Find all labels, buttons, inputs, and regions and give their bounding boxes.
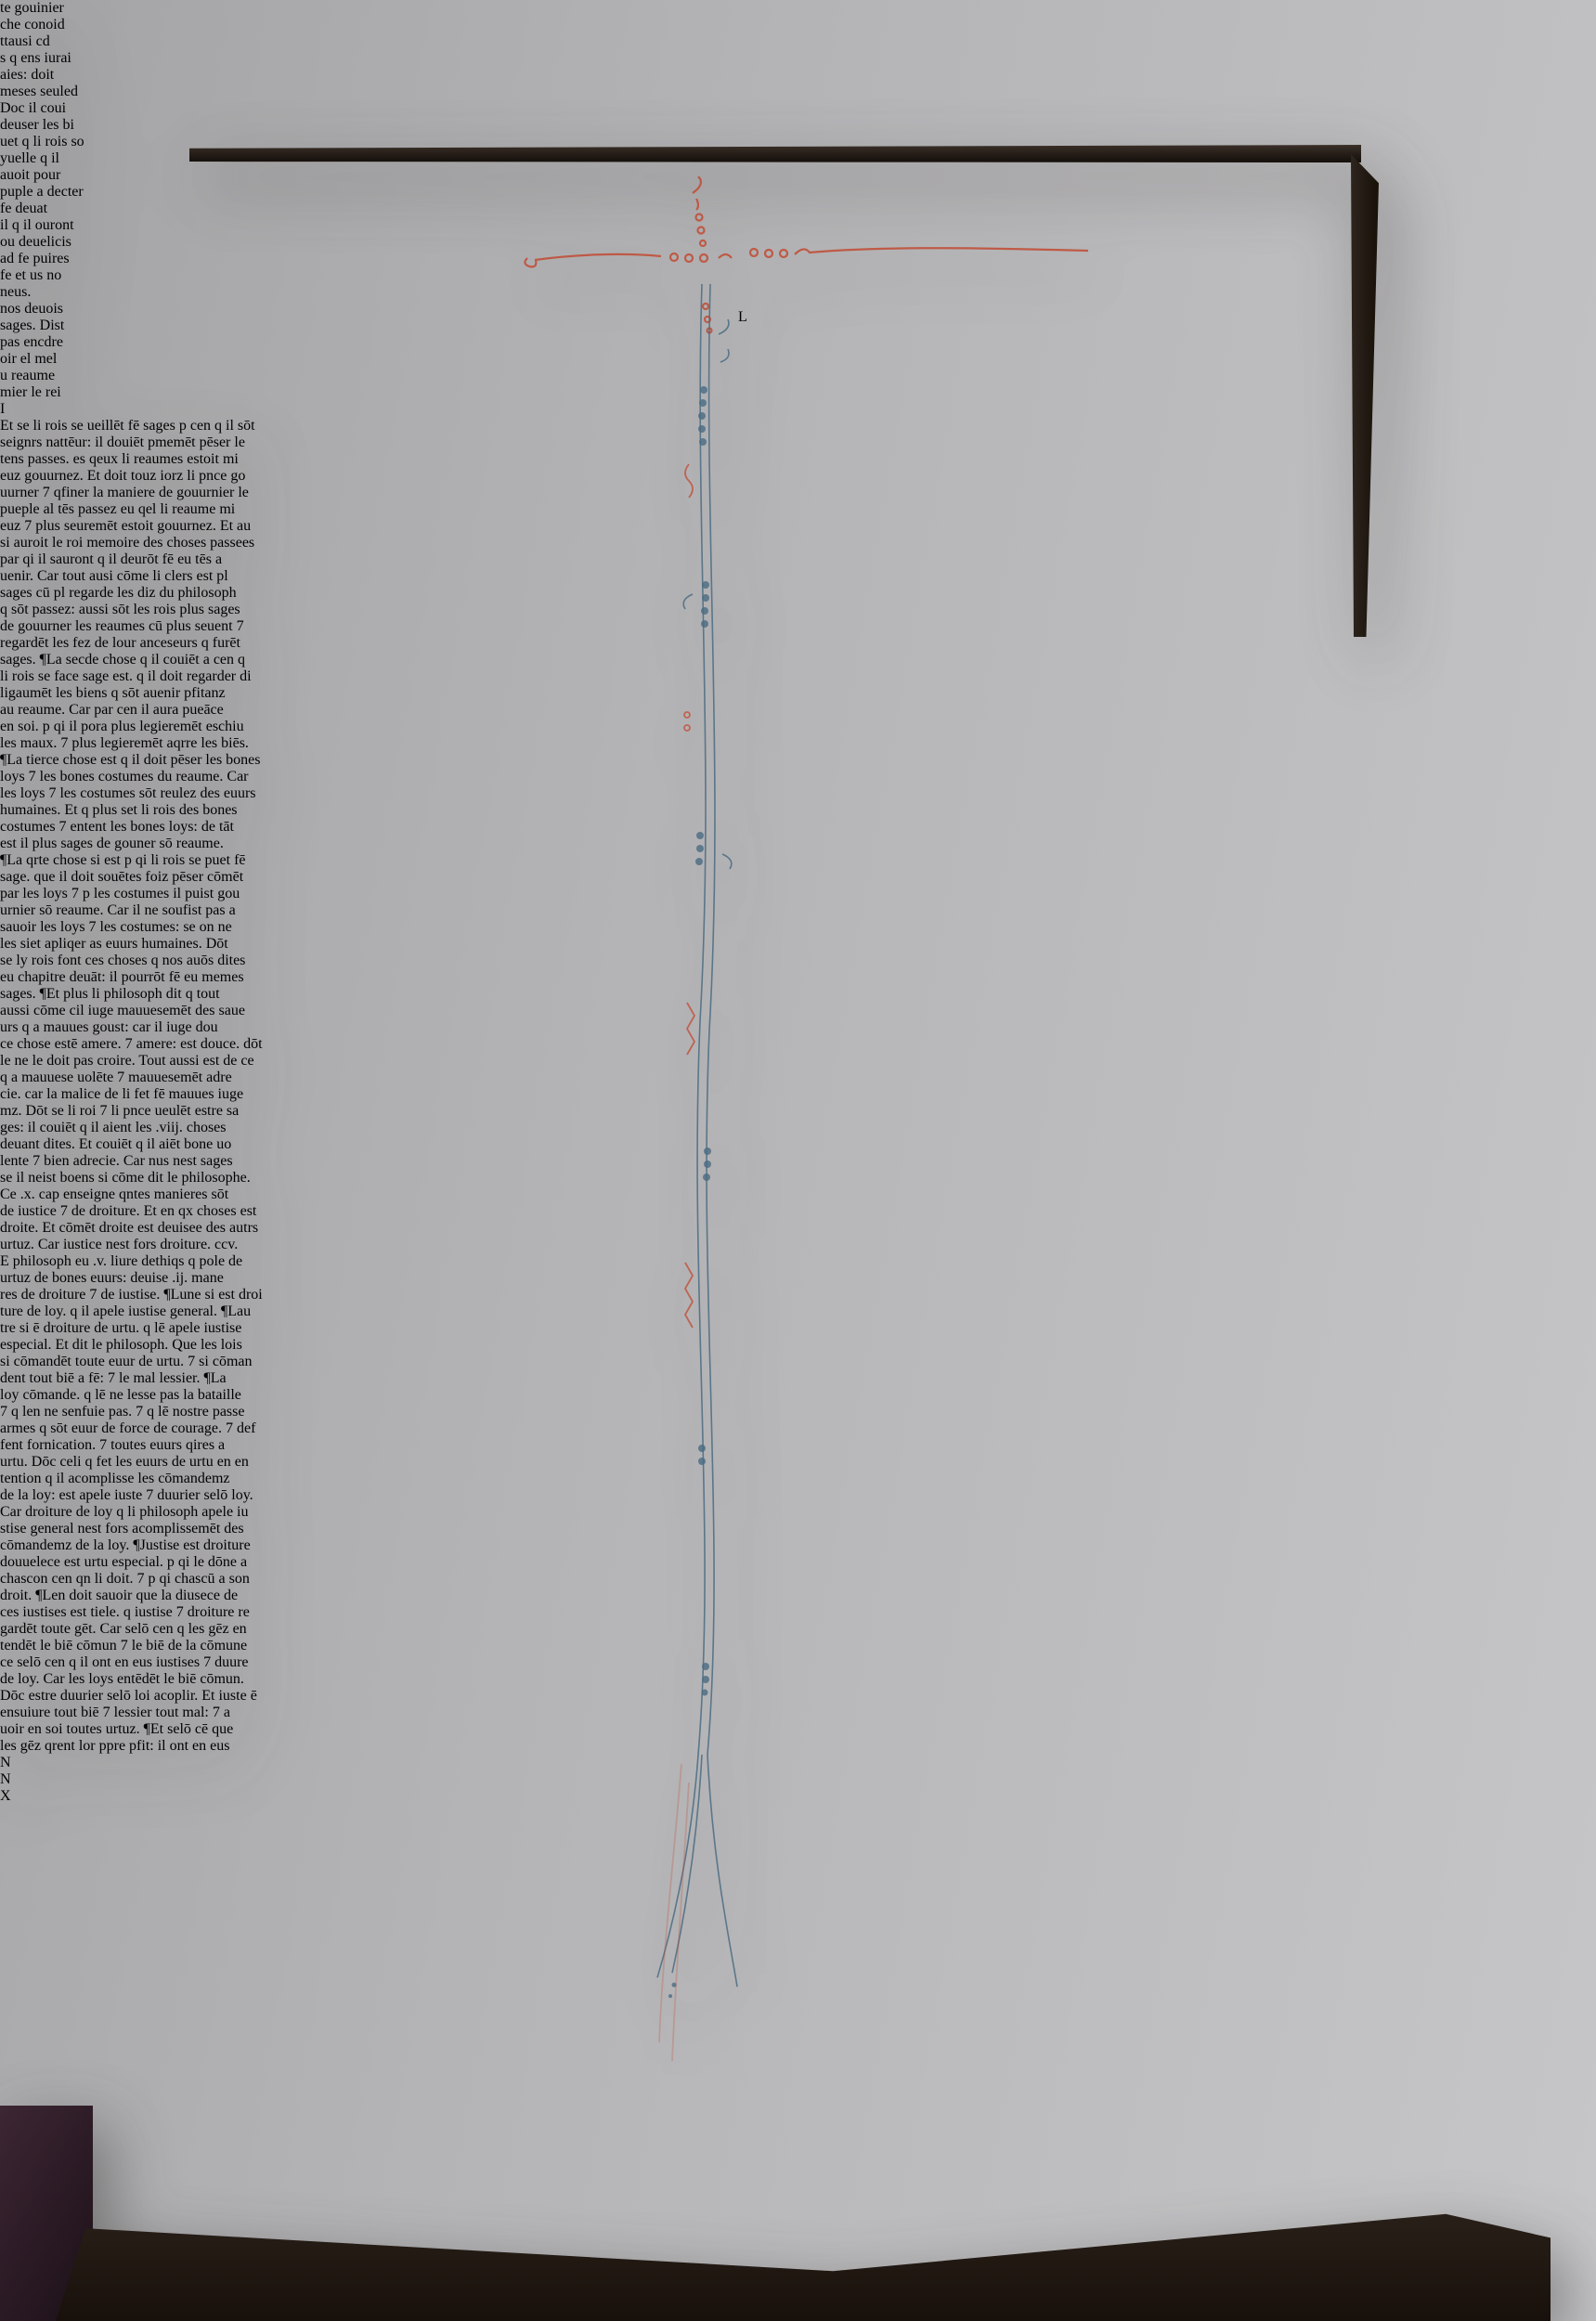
text-line: ce selō cen q il ont en eus iustises 7 d… bbox=[0, 1654, 1596, 1671]
text-line: urtu. Dōc celi q fet les euurs de urtu e… bbox=[0, 1454, 1596, 1471]
fragment-line: meses seuled bbox=[0, 84, 1596, 100]
text-line: si cōmandēt toute euur de urtu. 7 si cōm… bbox=[0, 1354, 1596, 1370]
manuscript-book: te gouinierche conoidttausi cds q ens iu… bbox=[0, 0, 1596, 2321]
text-line: especial. Et dit le philosoph. Que les l… bbox=[0, 1337, 1596, 1354]
text-line: les loys 7 les costumes sōt reulez des e… bbox=[0, 785, 1596, 802]
red-chapter-numeral: X bbox=[0, 1788, 1596, 1805]
decorated-initial: L bbox=[738, 309, 1152, 326]
paraph-mark: ¶ bbox=[133, 1537, 139, 1553]
text-line: ¶La tierce chose est q il doit pēser les… bbox=[0, 752, 1596, 769]
text-line: les siet apliqer as euurs humaines. Dōt bbox=[0, 936, 1596, 953]
fragment-line: Doc il coui bbox=[0, 100, 1596, 117]
text-line: tre si ē droiture de urtu. q lē apele iu… bbox=[0, 1320, 1596, 1337]
intercolumn-flourish bbox=[641, 279, 771, 2098]
paraph-mark: ¶ bbox=[204, 1370, 211, 1386]
text-line: sages. ¶La secde chose q il couiēt a cen… bbox=[0, 652, 1596, 668]
text-line: aussi cōme cil iuge mauuesemēt des saue bbox=[0, 1003, 1596, 1019]
text-column-right: cie. car la malice de li fet fē mauues i… bbox=[0, 1086, 1596, 1755]
text-line: loys 7 les bones costumes du reaume. Car bbox=[0, 769, 1596, 785]
text-line: est il plus sages de gouner sō reaume. bbox=[0, 836, 1596, 852]
text-line: les maux. 7 plus legieremēt aqrre les bi… bbox=[0, 735, 1596, 752]
text-line: sauoir les loys 7 les costumes: se on ne bbox=[0, 919, 1596, 936]
text-line: Dōc estre duurier selō loi acoplir. Et i… bbox=[0, 1688, 1596, 1705]
text-line: les gēz qrent lor ppre pfit: il ont en e… bbox=[0, 1738, 1596, 1755]
text-line: li rois se face sage est. q il doit rega… bbox=[0, 668, 1596, 685]
text-line: E philosoph eu .v. liure dethiqs q pole … bbox=[0, 1253, 1596, 1270]
text-line: ligaumēt les biens q sōt auenir pfitanz bbox=[0, 685, 1596, 702]
text-line: dent tout biē a fē: 7 le mal lessier. ¶L… bbox=[0, 1370, 1596, 1387]
text-line: de iustice 7 de droiture. Et en qx chose… bbox=[0, 1203, 1596, 1220]
text-line: se ly rois font ces choses q nos auōs di… bbox=[0, 953, 1596, 969]
text-line: eu chapitre deuāt: il pourrōt fē eu meme… bbox=[0, 969, 1596, 986]
text-line: en soi. p qi il pora plus legieremēt esc… bbox=[0, 719, 1596, 735]
text-line: urtuz. Car iustice nest fors droiture. c… bbox=[0, 1237, 1596, 1253]
text-line: le ne le doit pas croire. Tout aussi est… bbox=[0, 1053, 1596, 1070]
fragment-line: s q ens iurai bbox=[0, 50, 1596, 67]
text-line: urs q a mauues goust: car il iuge dou bbox=[0, 1019, 1596, 1036]
text-line: res de droiture 7 de iustise. ¶Lune si e… bbox=[0, 1287, 1596, 1303]
text-line: cie. car la malice de li fet fē mauues i… bbox=[0, 1086, 1596, 1103]
paraph-mark: ¶ bbox=[144, 1721, 150, 1737]
text-line: de loy. Car les loys entēdēt le biē cōmu… bbox=[0, 1671, 1596, 1688]
text-line: mz. Dōt se li roi 7 li pnce ueulēt estre… bbox=[0, 1103, 1596, 1120]
text-line: droit. ¶Len doit sauoir que la diusece d… bbox=[0, 1588, 1596, 1604]
text-line: uoir en soi toutes urtuz. ¶Et selō cē qu… bbox=[0, 1721, 1596, 1738]
text-line: ture de loy. q il apele iustise general.… bbox=[0, 1303, 1596, 1320]
text-line: lente 7 bien adrecie. Car nus nest sages bbox=[0, 1153, 1596, 1170]
paraph-mark: ¶ bbox=[163, 1287, 170, 1303]
text-line: tendēt le biē cōmun 7 le biē de la cōmun… bbox=[0, 1638, 1596, 1654]
fragment-line: aies: doit bbox=[0, 67, 1596, 84]
fragment-line: che conoid bbox=[0, 17, 1596, 33]
text-line: humaines. Et q plus set li rois des bone… bbox=[0, 802, 1596, 819]
text-line: urtuz de bones euurs: deuise .ij. mane bbox=[0, 1270, 1596, 1287]
text-line: au reaume. Car par cen il aura pueāce bbox=[0, 702, 1596, 719]
text-line: 7 q len ne senfuie pas. 7 q lē nostre pa… bbox=[0, 1404, 1596, 1420]
fragment-line: deuser les bi bbox=[0, 117, 1596, 134]
text-line: costumes 7 entent les bones loys: de tāt bbox=[0, 819, 1596, 836]
text-line: ce chose estē amere. 7 amere: est douce.… bbox=[0, 1036, 1596, 1053]
text-line: q a mauuese uolēte 7 mauuesemēt adre bbox=[0, 1070, 1596, 1086]
text-line: douuelece est urtu especial. p qi le dōn… bbox=[0, 1554, 1596, 1571]
text-line: loy cōmande. q lē ne lesse pas la batail… bbox=[0, 1387, 1596, 1404]
ink-foliation-mark: N bbox=[0, 1771, 1596, 1788]
initial-letter: L bbox=[738, 309, 1152, 326]
text-line: gardēt toute gēt. Car selō cen q les gēz… bbox=[0, 1621, 1596, 1638]
text-line: deuant dites. Et couiēt q il aiēt bone u… bbox=[0, 1136, 1596, 1153]
book-cover-bottom-edge bbox=[56, 2202, 1551, 2321]
text-line: chascon cen qn li doit. 7 p qi chascū a … bbox=[0, 1571, 1596, 1588]
paraph-mark: ¶ bbox=[40, 986, 46, 1002]
text-line: ensuiure tout biē 7 lessier tout mal: 7 … bbox=[0, 1705, 1596, 1721]
text-line: droite. Et cōmēt droite est deuisee des … bbox=[0, 1220, 1596, 1237]
text-line: stise general nest fors acomplissemēt de… bbox=[0, 1521, 1596, 1537]
text-line: de la loy: est apele iuste 7 duurier sel… bbox=[0, 1487, 1596, 1504]
text-line: sages. ¶Et plus li philosoph dit q tout bbox=[0, 986, 1596, 1003]
fragment-line: ttausi cd bbox=[0, 33, 1596, 50]
text-line: sage. que il doit souētes foiz pēser cōm… bbox=[0, 869, 1596, 886]
text-line: se il neist boens si cōme dit le philoso… bbox=[0, 1170, 1596, 1186]
text-line: ces iustises est tiele. q iustise 7 droi… bbox=[0, 1604, 1596, 1621]
text-line: cōmandemz de la loy. ¶Justise est droitu… bbox=[0, 1537, 1596, 1554]
text-line: Ce .x. cap enseigne qntes manieres sōt bbox=[0, 1186, 1596, 1203]
text-line: regardēt les fez de lour anceseurs q fur… bbox=[0, 635, 1596, 652]
text-line: tention q il acomplisse les cōmandemz bbox=[0, 1471, 1596, 1487]
paraph-mark: ¶ bbox=[40, 652, 46, 668]
text-line: fent fornication. 7 toutes euurs qires a bbox=[0, 1437, 1596, 1454]
text-line: armes q sōt euur de force de courage. 7 … bbox=[0, 1420, 1596, 1437]
pencil-foliation-mark: N bbox=[0, 1755, 1596, 1771]
text-line: urnier sō reaume. Car il ne soufist pas … bbox=[0, 902, 1596, 919]
fragment-line: te gouinier bbox=[0, 0, 1596, 17]
text-line: ges: il couiēt q il aient les .viij. cho… bbox=[0, 1120, 1596, 1136]
text-line: par les loys 7 p les costumes il puist g… bbox=[0, 886, 1596, 902]
text-line: ¶La qrte chose si est p qi li rois se pu… bbox=[0, 852, 1596, 869]
text-line: Car droiture de loy q li philosoph apele… bbox=[0, 1504, 1596, 1521]
